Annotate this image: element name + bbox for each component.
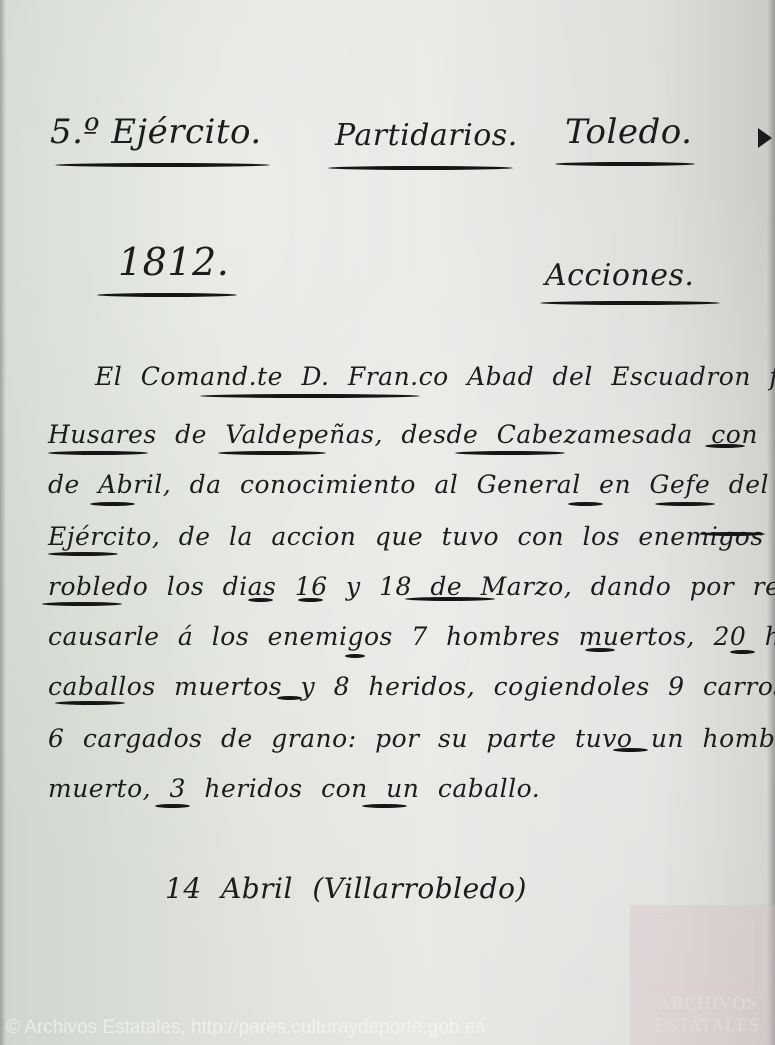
underline bbox=[55, 701, 125, 705]
underline bbox=[90, 502, 135, 506]
underline bbox=[655, 502, 715, 506]
underline bbox=[540, 301, 720, 305]
underline bbox=[568, 502, 603, 506]
heading-year: 1812. bbox=[118, 240, 229, 284]
page-edge-left bbox=[0, 0, 6, 1045]
logo-text-line1: ARCHIVOS bbox=[640, 993, 775, 1014]
underline bbox=[705, 444, 745, 448]
underline bbox=[298, 598, 323, 602]
logo-text-line2: ESTATALES bbox=[640, 1015, 775, 1036]
underline bbox=[700, 532, 765, 536]
underline bbox=[200, 394, 420, 398]
body-line-7: caballos muertos y 8 heridos, cogiendole… bbox=[48, 672, 775, 701]
underline bbox=[555, 162, 695, 166]
body-line-6: causarle á los enemigos 7 hombres muerto… bbox=[48, 622, 775, 651]
body-line-8: 6 cargados de grano: por su parte tuvo u… bbox=[48, 724, 775, 753]
underline bbox=[455, 451, 565, 455]
underline bbox=[48, 451, 148, 455]
document-page: 5.º Ejército. Partidarios. Toledo. 1812.… bbox=[0, 0, 775, 1045]
body-line-4: Ejército, de la accion que tuvo con los … bbox=[48, 522, 775, 551]
underline bbox=[405, 597, 495, 601]
underline bbox=[48, 552, 118, 556]
logo-emblem-icon bbox=[650, 917, 754, 991]
heading-place: Toledo. bbox=[565, 112, 692, 152]
body-line-2: Husares de Valdepeñas, desde Cabezamesad… bbox=[48, 420, 775, 449]
underline bbox=[277, 696, 302, 700]
underline bbox=[345, 654, 365, 658]
body-line-5: robledo los dias 16 y 18 de Marzo, dando… bbox=[48, 572, 775, 601]
archivos-estatales-logo: ARCHIVOS ESTATALES bbox=[630, 905, 775, 1045]
underline bbox=[248, 598, 273, 602]
underline bbox=[328, 166, 513, 170]
footer-note: 14 Abril (Villarrobledo) bbox=[165, 872, 527, 905]
underline bbox=[730, 650, 755, 654]
underline bbox=[155, 804, 190, 808]
underline bbox=[362, 804, 407, 808]
heading-section: Acciones. bbox=[545, 258, 694, 293]
underline bbox=[585, 648, 615, 652]
page-margin-mark bbox=[758, 128, 772, 148]
copyright-watermark: © Archivos Estatales, http://pares.cultu… bbox=[6, 1017, 485, 1039]
body-line-3: de Abril, da conocimiento al General en … bbox=[48, 470, 775, 499]
heading-army: 5.º Ejército. bbox=[50, 112, 262, 152]
underline bbox=[218, 451, 326, 455]
underline bbox=[613, 748, 648, 752]
underline bbox=[55, 163, 270, 167]
underline bbox=[97, 293, 237, 297]
heading-group: Partidarios. bbox=[335, 118, 518, 153]
body-line-9: muerto, 3 heridos con un caballo. bbox=[48, 774, 540, 803]
underline bbox=[42, 602, 122, 606]
body-line-1: El Comand.te D. Fran.co Abad del Escuadr… bbox=[95, 362, 775, 391]
